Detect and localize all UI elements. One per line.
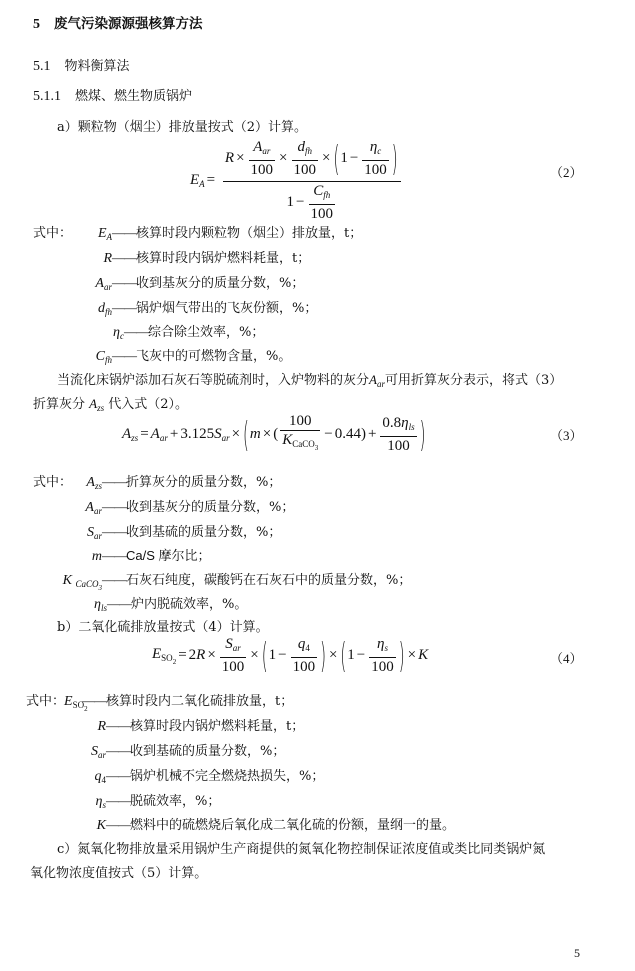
- item-c-line1: c）氮氧化物排放量采用锅炉生产商提供的氮氧化物控制保证浓度值或类比同类锅炉氮: [57, 838, 545, 857]
- eq4-def-Sar: Sar——收到基硫的质量分数，%；: [64, 740, 285, 760]
- eq4-def-q4: q4——锅炉机械不完全燃烧热损失，%；: [64, 765, 324, 785]
- eq2-def-Cfh: Cfh——飞灰中的可燃物含量，%。: [72, 345, 291, 365]
- section-heading: 5废气污染源源强核算方法: [33, 12, 203, 33]
- equation-3: Azs=Aar+3.125Sar×(m×(100KCaCO3−0.44)+0.8…: [122, 412, 427, 457]
- subsubsection-number: 5.1.1: [33, 89, 61, 104]
- item-b-label: b）二氧化硫排放量按式（4）计算。: [57, 616, 269, 635]
- subsection-title: 物料衡算法: [65, 59, 130, 74]
- eq2-where-label: 式中：: [33, 222, 72, 241]
- equation-3-number: （3）: [550, 425, 583, 444]
- subsubsection-title: 燃煤、燃生物质锅炉: [75, 89, 192, 104]
- page-number: 5: [574, 946, 580, 961]
- eq2-def-EA: EA——核算时段内颗粒物（烟尘）排放量，t；: [72, 222, 362, 242]
- eq2-def-Aar: Aar——收到基灰分的质量分数，%；: [72, 272, 304, 292]
- eq3-def-Azs: Azs——折算灰分的质量分数，%；: [72, 471, 281, 491]
- eq4-def-R: R——核算时段内锅炉燃料耗量，t；: [64, 715, 304, 735]
- cfb-paragraph-line2: 折算灰分 Azs 代入式（2）。: [33, 393, 188, 413]
- section-number: 5: [33, 17, 40, 32]
- eq3-def-m: m——Ca/S 摩尔比；: [72, 545, 211, 565]
- eq3-def-Aar: Aar——收到基灰分的质量分数，%；: [72, 496, 294, 516]
- eq4-def-ESO2: ESO2——核算时段内二氧化硫排放量，t；: [64, 690, 293, 713]
- equation-2-number: （2）: [550, 162, 583, 181]
- subsection-heading: 5.1物料衡算法: [33, 55, 130, 75]
- eq4-where-label: 式中：: [26, 690, 65, 709]
- eq3-def-KCaCO3: K CaCO3——石灰石纯度，碳酸钙在石灰石中的质量分数，%；: [60, 569, 411, 592]
- cfb-paragraph-line1: 当流化床锅炉添加石灰石等脱硫剂时，入炉物料的灰分Aar可用折算灰分表示，将式（3…: [57, 369, 562, 389]
- section-title: 废气污染源源强核算方法: [54, 16, 203, 32]
- equation-4-number: （4）: [550, 648, 583, 667]
- equation-2-fraction: R×Aar100×dfh100×(1−ηc100) 1−Cfh100: [223, 138, 401, 223]
- eq2-def-dfh: dfh——锅炉烟气带出的飞灰份额，%；: [72, 297, 317, 317]
- eq3-def-Sar: Sar——收到基硫的质量分数，%；: [72, 521, 281, 541]
- eq2-def-R: R——核算时段内锅炉燃料耗量，t；: [72, 247, 310, 267]
- item-c-line2: 氧化物浓度值按式（5）计算。: [30, 862, 207, 881]
- equation-2: EA= R×Aar100×dfh100×(1−ηc100) 1−Cfh100: [190, 138, 403, 223]
- subsubsection-heading: 5.1.1燃煤、燃生物质锅炉: [33, 85, 192, 105]
- eq4-def-K: K——燃料中的硫燃烧后氧化成二氧化硫的份额，量纲一的量。: [64, 814, 455, 834]
- item-a-label: a）颗粒物（烟尘）排放量按式（2）计算。: [57, 116, 307, 135]
- eq3-def-etals: ηls——炉内脱硫效率，%。: [72, 593, 247, 613]
- eq2-def-etac: ηc——综合除尘效率，%；: [72, 321, 264, 341]
- subsection-number: 5.1: [33, 59, 51, 74]
- eq3-where-label: 式中：: [33, 471, 72, 490]
- equation-4: ESO2=2R×Sar100×(1−q4100)×(1−ηs100)×K: [152, 635, 428, 676]
- eq4-def-etas: ηs——脱硫效率，%；: [64, 790, 220, 810]
